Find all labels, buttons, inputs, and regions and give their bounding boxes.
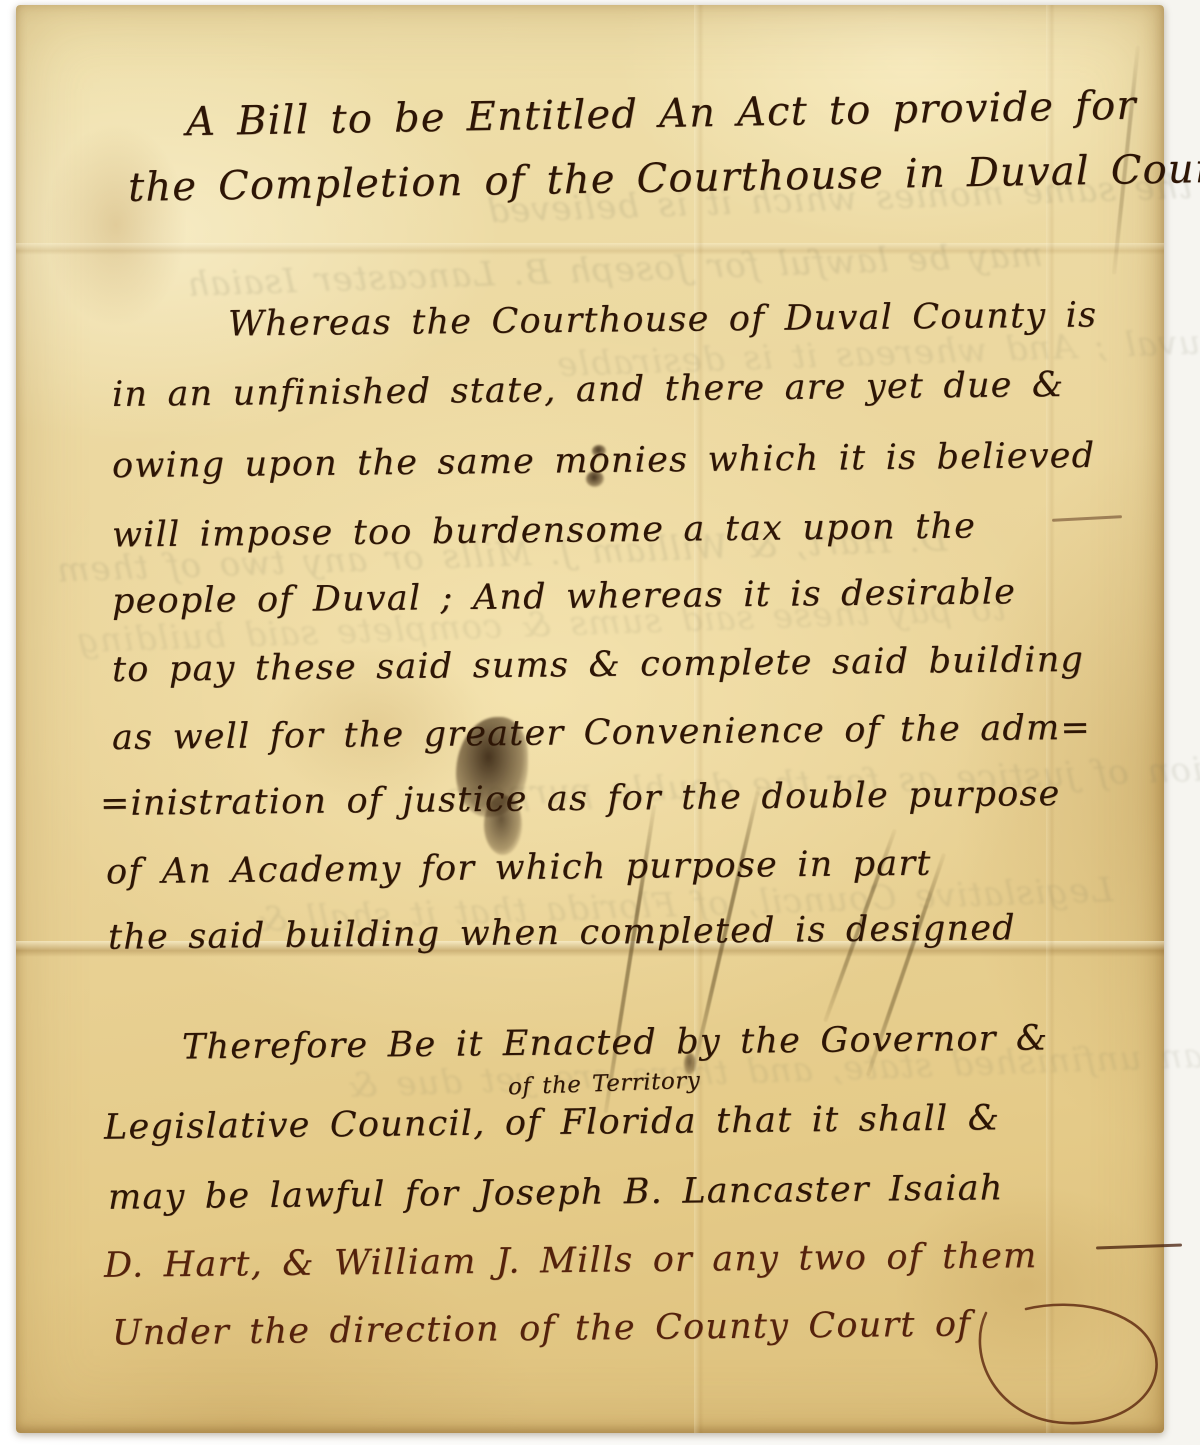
pen-flourish [1096, 1244, 1182, 1249]
manuscript-line: of An Academy for which purpose in part [106, 844, 932, 893]
manuscript-line: as well for the greater Convenience of t… [112, 708, 1091, 758]
paper-stain [896, 1185, 1156, 1385]
pen-flourish-oval [956, 1295, 1176, 1435]
pen-flourish [1052, 515, 1122, 521]
manuscript-line: Under the direction of the County Court … [112, 1305, 972, 1354]
manuscript-line: Legislative Council, of Florida that it … [104, 1098, 1001, 1147]
manuscript-line: the said building when completed is desi… [108, 908, 1016, 958]
manuscript-title-line: A Bill to be Entitled An Act to provide … [186, 83, 1137, 146]
manuscript-line: =inistration of justice as for the doubl… [100, 774, 1061, 824]
manuscript-line: people of Duval ; And whereas it is desi… [112, 572, 1016, 621]
manuscript-page: owing upon the same monies which it is b… [16, 5, 1164, 1433]
manuscript-line: to pay these said sums & complete said b… [112, 640, 1084, 690]
manuscript-line: will impose too burdensome a tax upon th… [112, 506, 976, 555]
manuscript-line: D. Hart, & William J. Mills or any two o… [104, 1236, 1038, 1286]
manuscript-line: in an unfinished state, and there are ye… [112, 365, 1065, 415]
manuscript-line: Whereas the Courthouse of Duval County i… [228, 295, 1098, 344]
bleedthrough-text: may be lawful for Joseph B. Lancaster Is… [186, 235, 1044, 305]
manuscript-title-line: the Completion of the Courthouse in Duva… [128, 145, 1200, 211]
paper-stain [46, 125, 186, 325]
manuscript-line: Therefore Be it Enacted by the Governor … [182, 1018, 1049, 1067]
manuscript-line: owing upon the same monies which it is b… [112, 436, 1096, 486]
fold-crease [16, 243, 1164, 255]
manuscript-interlineation: of the Territory [508, 1068, 701, 1101]
manuscript-line: may be lawful for Joseph B. Lancaster Is… [108, 1168, 1004, 1217]
scanned-document: owing upon the same monies which it is b… [0, 0, 1200, 1445]
